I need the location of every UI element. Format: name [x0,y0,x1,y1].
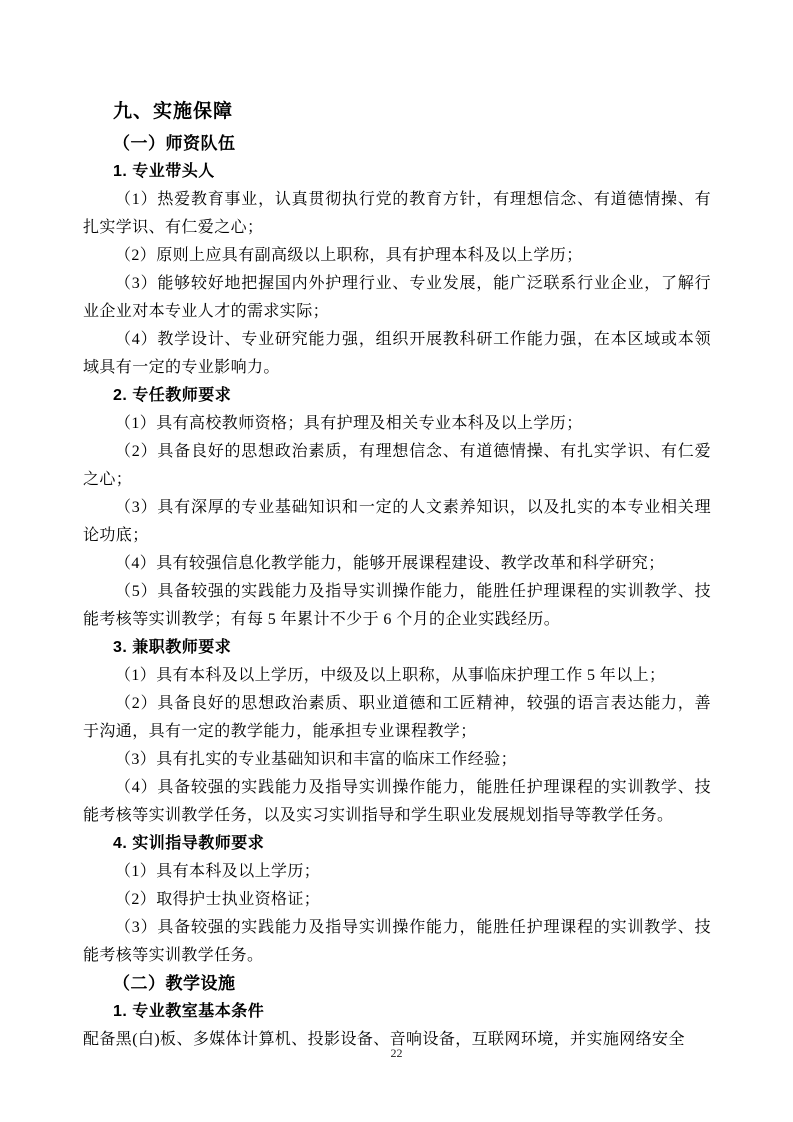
item-heading-3: 3. 兼职教师要求 [83,634,711,662]
paragraph: （3）具有深厚的专业基础知识和一定的人文素养知识，以及扎实的本专业相关理论功底； [83,494,711,550]
paragraph: （5）具备较强的实践能力及指导实训操作能力，能胜任护理课程的实训教学、技能考核等… [83,578,711,634]
item-heading-1: 1. 专业带头人 [83,158,711,186]
subsection-heading-2: （二）教学设施 [83,970,711,998]
paragraph: （1）具有本科及以上学历； [83,858,711,886]
subsection-heading-1: （一）师资队伍 [83,130,711,158]
paragraph: （1）具有高校教师资格；具有护理及相关专业本科及以上学历； [83,410,711,438]
paragraph: （1）热爱教育事业，认真贯彻执行党的教育方针，有理想信念、有道德情操、有扎实学识… [83,186,711,242]
document-page: 九、实施保障（一）师资队伍1. 专业带头人（1）热爱教育事业，认真贯彻执行党的教… [0,0,793,1122]
item-heading-4: 4. 实训指导教师要求 [83,830,711,858]
paragraph: （3）具备较强的实践能力及指导实训操作能力，能胜任护理课程的实训教学、技能考核等… [83,914,711,970]
paragraph: （3）能够较好地把握国内外护理行业、专业发展，能广泛联系行业企业，了解行业企业对… [83,270,711,326]
item-heading-5: 1. 专业教室基本条件 [83,998,711,1026]
item-heading-2: 2. 专任教师要求 [83,382,711,410]
paragraph: （1）具有本科及以上学历，中级及以上职称，从事临床护理工作 5 年以上； [83,662,711,690]
paragraph: （2）具备良好的思想政治素质、职业道德和工匠精神，较强的语言表达能力，善于沟通，… [83,690,711,746]
paragraph: （2）取得护士执业资格证； [83,886,711,914]
paragraph: （4）具备较强的实践能力及指导实训操作能力，能胜任护理课程的实训教学、技能考核等… [83,774,711,830]
section-heading-9: 九、实施保障 [83,94,711,130]
paragraph: （4）教学设计、专业研究能力强，组织开展教科研工作能力强，在本区域或本领域具有一… [83,326,711,382]
paragraph: （4）具有较强信息化教学能力，能够开展课程建设、教学改革和科学研究； [83,550,711,578]
paragraph: （2）原则上应具有副高级以上职称，具有护理本科及以上学历； [83,242,711,270]
paragraph: （3）具有扎实的专业基础知识和丰富的临床工作经验； [83,746,711,774]
document-body: 九、实施保障（一）师资队伍1. 专业带头人（1）热爱教育事业，认真贯彻执行党的教… [83,94,711,1054]
paragraph: （2）具备良好的思想政治素质，有理想信念、有道德情操、有扎实学识、有仁爱之心； [83,438,711,494]
page-number: 22 [0,1046,793,1061]
